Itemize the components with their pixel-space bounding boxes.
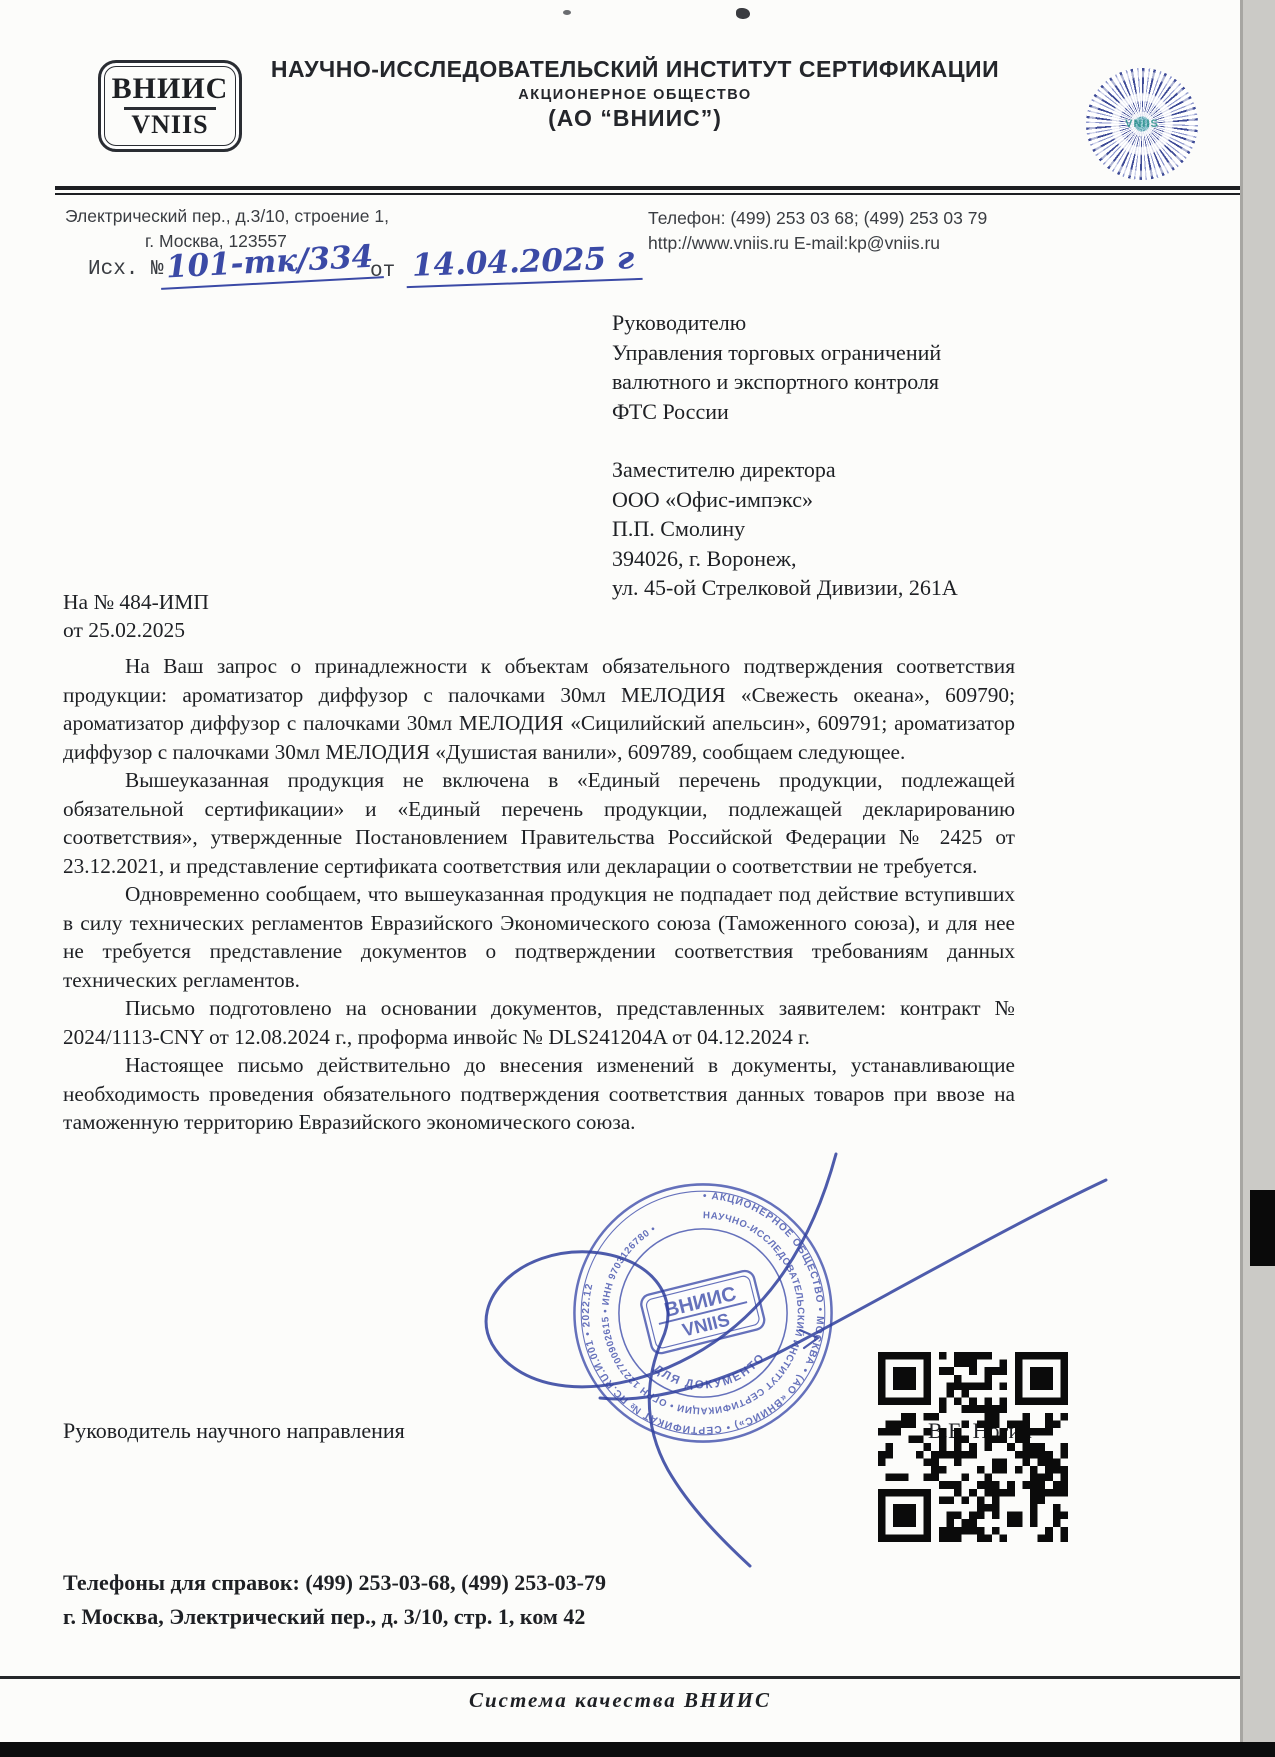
footer-phones: Телефоны для справок: (499) 253-03-68, (… [63,1566,606,1600]
quality-system-note: Система качества ВНИИС [0,1688,1240,1713]
scan-edge-strip [1240,0,1275,1742]
scan-black-bar [0,1742,1275,1757]
scanned-letter-page: ВНИИС VNIIS НАУЧНО-ИССЛЕДОВАТЕЛЬСКИЙ ИНС… [0,0,1275,1757]
scan-speck [563,10,571,15]
qr-code [878,1352,1068,1542]
footer-address: г. Москва, Электрический пер., д. 3/10, … [63,1600,606,1634]
scan-speck [736,8,750,19]
scan-black-mark [1250,1190,1275,1266]
bottom-rule [0,1676,1240,1679]
handwritten-signature [0,0,1275,1757]
footer-block: Телефоны для справок: (499) 253-03-68, (… [63,1566,606,1634]
